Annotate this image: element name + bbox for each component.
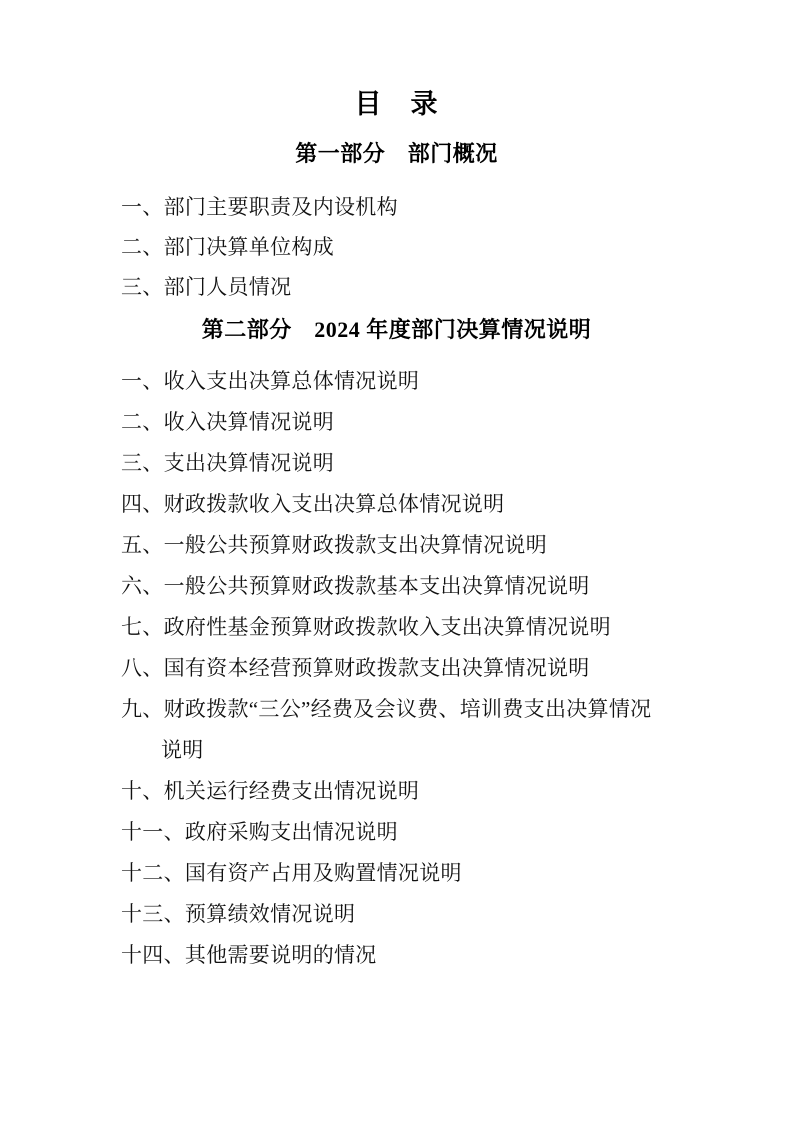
toc-item: 十三、预算绩效情况说明: [121, 894, 723, 935]
toc-item-continuation: 说明: [121, 730, 723, 771]
toc-item: 三、部门人员情况: [121, 267, 723, 307]
toc-item: 十四、其他需要说明的情况: [121, 935, 723, 976]
toc-item: 一、部门主要职责及内设机构: [121, 187, 723, 227]
toc-item: 十一、政府采购支出情况说明: [121, 812, 723, 853]
toc-item: 二、收入决算情况说明: [121, 402, 723, 443]
toc-item: 二、部门决算单位构成: [121, 227, 723, 267]
toc-item: 五、一般公共预算财政拨款支出决算情况说明: [121, 525, 723, 566]
toc-item: 六、一般公共预算财政拨款基本支出决算情况说明: [121, 566, 723, 607]
toc-item: 九、财政拨款“三公”经费及会议费、培训费支出决算情况: [121, 689, 723, 730]
part2-toc-list: 一、收入支出决算总体情况说明 二、收入决算情况说明 三、支出决算情况说明 四、财…: [121, 361, 723, 976]
page-title: 目 录: [0, 0, 793, 121]
toc-item: 四、财政拨款收入支出决算总体情况说明: [121, 484, 723, 525]
toc-item: 十二、国有资产占用及购置情况说明: [121, 853, 723, 894]
toc-item: 十、机关运行经费支出情况说明: [121, 771, 723, 812]
document-page: 目 录 第一部分 部门概况 一、部门主要职责及内设机构 二、部门决算单位构成 三…: [0, 0, 793, 1122]
toc-item: 八、国有资本经营预算财政拨款支出决算情况说明: [121, 648, 723, 689]
toc-item: 三、支出决算情况说明: [121, 443, 723, 484]
part1-heading: 第一部分 部门概况: [0, 139, 793, 169]
toc-item: 一、收入支出决算总体情况说明: [121, 361, 723, 402]
part2-heading: 第二部分 2024 年度部门决算情况说明: [0, 315, 793, 345]
toc-item: 七、政府性基金预算财政拨款收入支出决算情况说明: [121, 607, 723, 648]
part1-toc-list: 一、部门主要职责及内设机构 二、部门决算单位构成 三、部门人员情况: [121, 187, 723, 307]
